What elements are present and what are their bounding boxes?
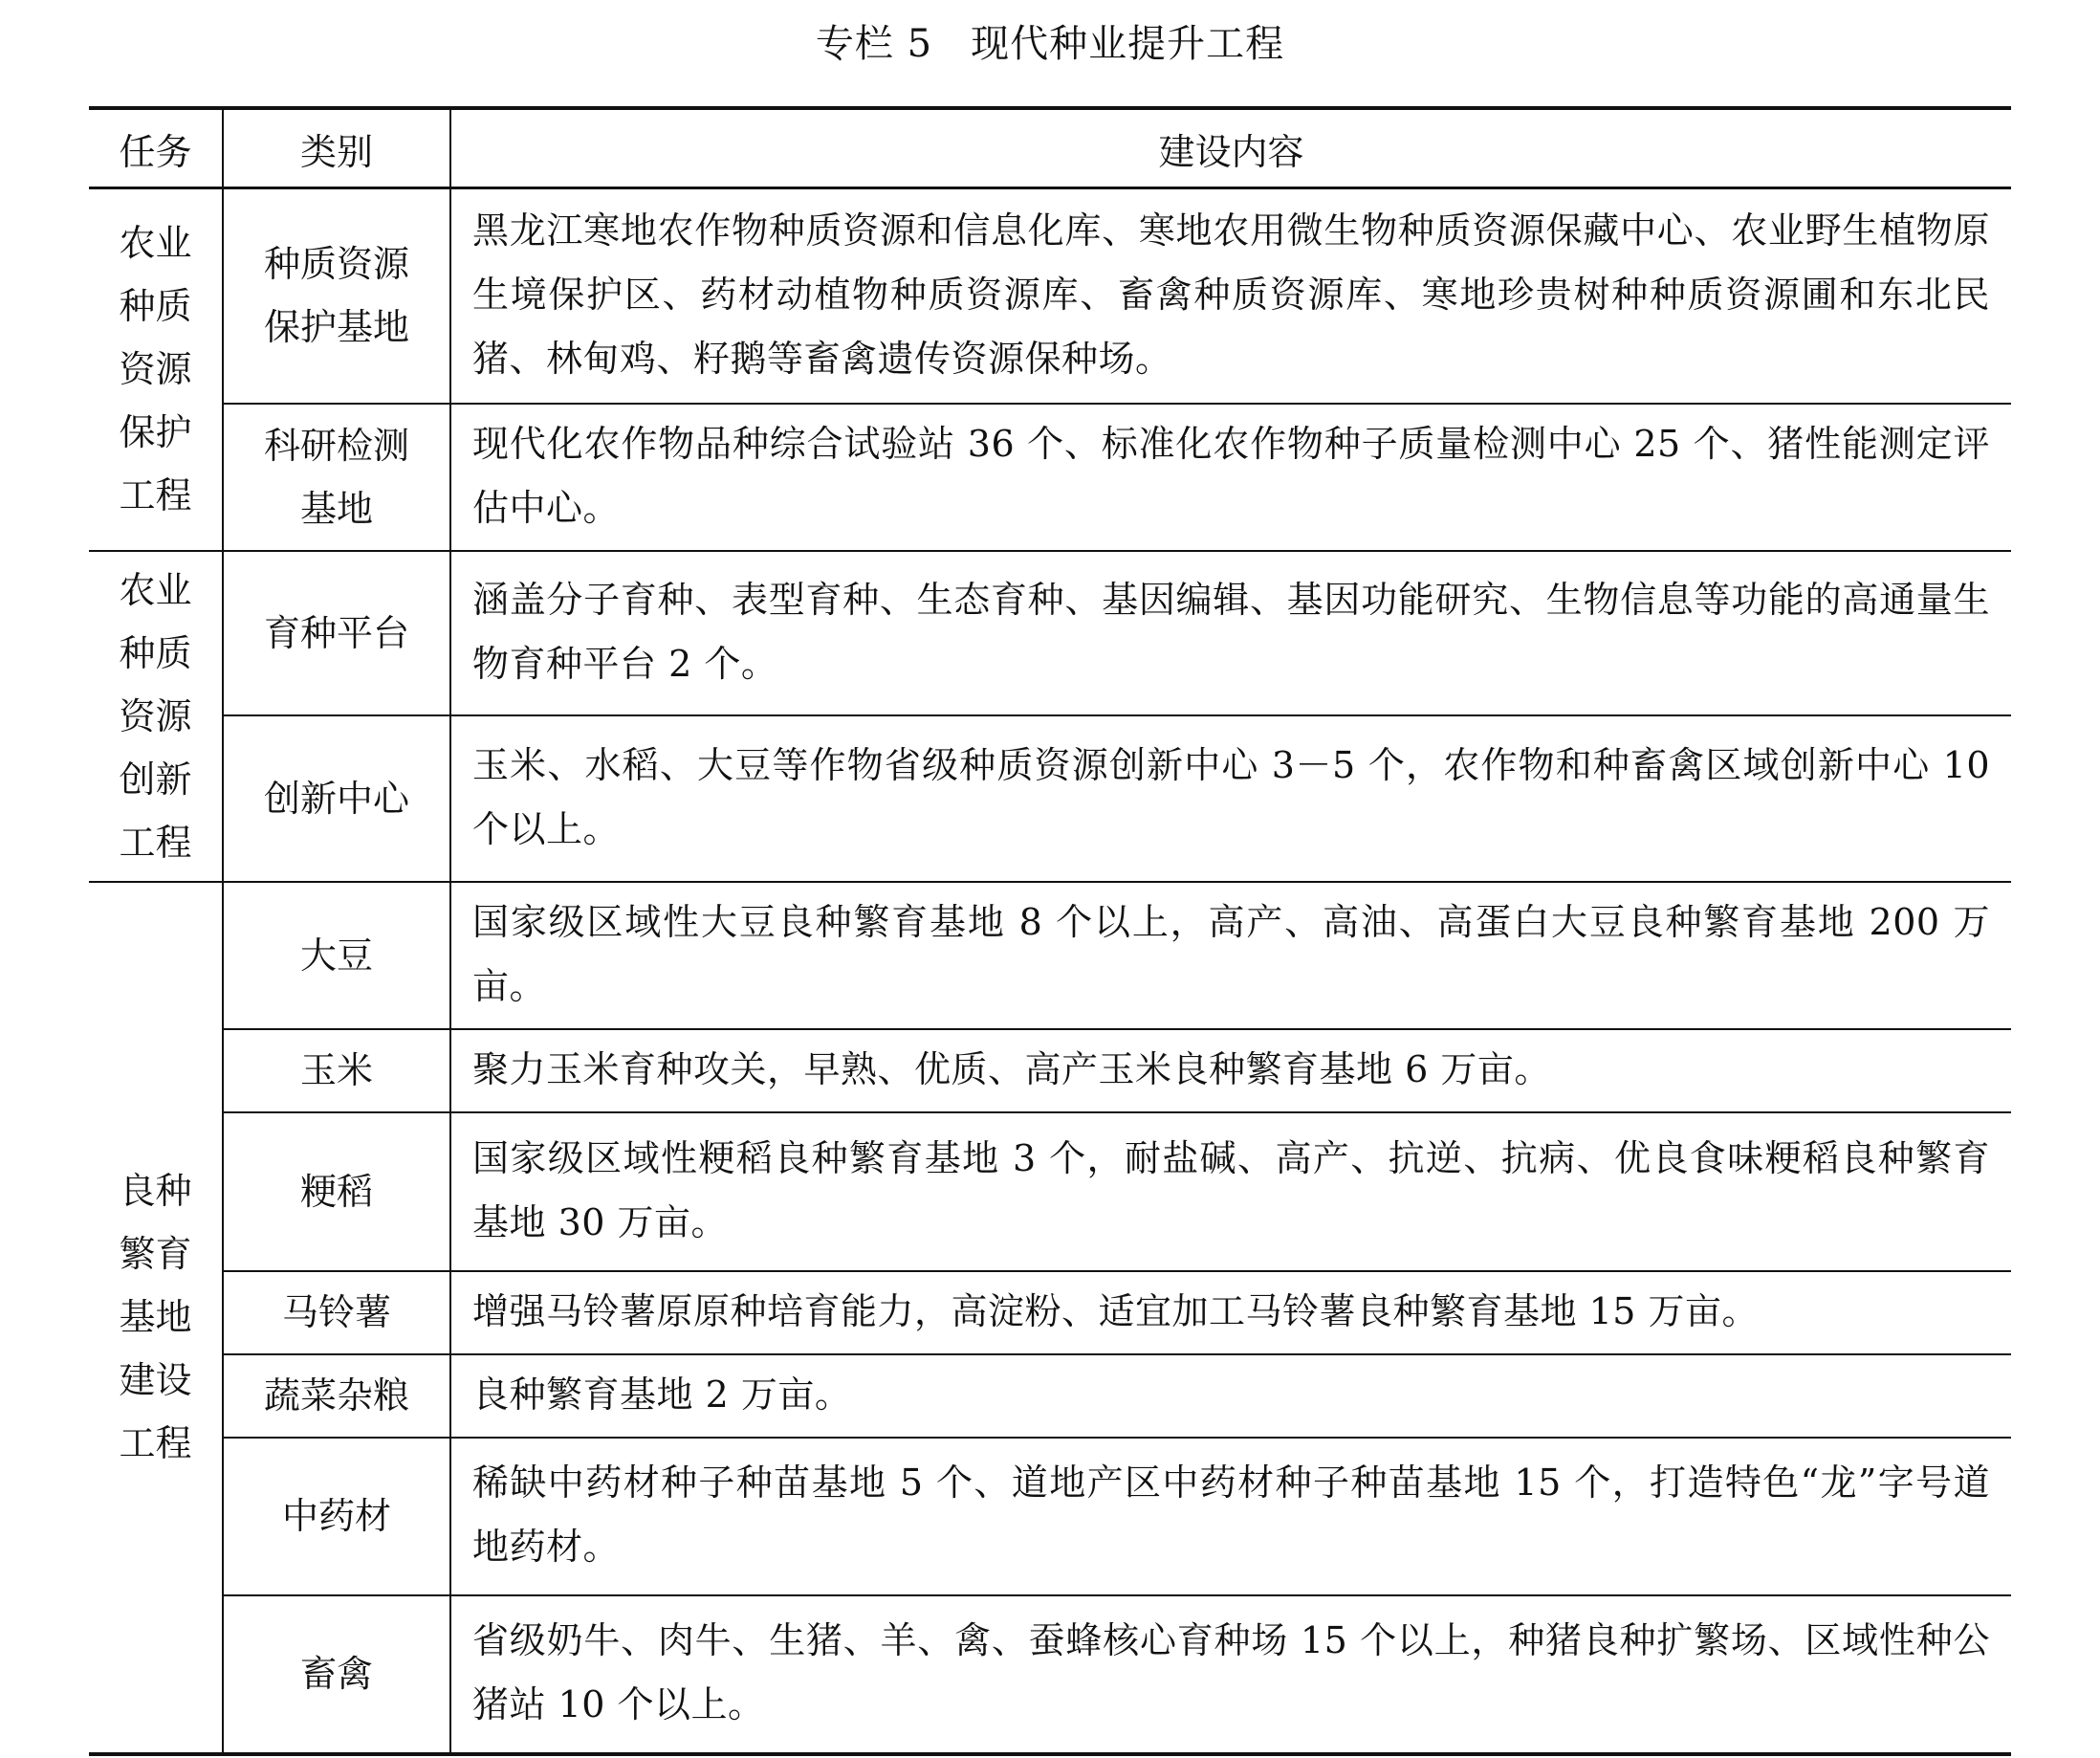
category-cell: 蔬菜杂粮 (223, 1354, 450, 1438)
table-row: 马铃薯 增强马铃薯原原种培育能力，高淀粉、适宜加工马铃薯良种繁育基地 15 万亩… (89, 1271, 2011, 1354)
task-line: 资源 (98, 685, 212, 748)
header-task: 任务 (89, 108, 223, 188)
category-line: 科研检测 (237, 414, 436, 477)
task-line: 良种 (98, 1159, 212, 1222)
task-line: 繁育 (98, 1222, 212, 1286)
column-number: 专栏 5 (816, 22, 932, 66)
category-line: 马铃薯 (237, 1281, 436, 1344)
content-cell: 玉米、水稻、大豆等作物省级种质资源创新中心 3－5 个，农作物和种畜禽区域创新中… (450, 715, 2011, 882)
category-cell: 大豆 (223, 882, 450, 1029)
category-line: 保护基地 (237, 296, 436, 359)
table-row: 良种 繁育 基地 建设 工程 大豆 国家级区域性大豆良种繁育基地 8 个以上，高… (89, 882, 2011, 1029)
category-line: 中药材 (237, 1484, 436, 1548)
task-line: 创新 (98, 748, 212, 811)
category-line: 种质资源 (237, 232, 436, 296)
task-line: 农业 (98, 211, 212, 275)
table-row: 蔬菜杂粮 良种繁育基地 2 万亩。 (89, 1354, 2011, 1438)
project-table: 任务 类别 建设内容 农业 种质 资源 保护 工程 种质资源 保护基地 黑龙江寒… (89, 106, 2011, 1756)
content-cell: 现代化农作物品种综合试验站 36 个、标准化农作物种子质量检测中心 25 个、猪… (450, 404, 2011, 551)
table-row: 中药材 稀缺中药材种子种苗基地 5 个、道地产区中药材种子种苗基地 15 个，打… (89, 1438, 2011, 1595)
category-cell: 畜禽 (223, 1595, 450, 1754)
table-row: 粳稻 国家级区域性粳稻良种繁育基地 3 个，耐盐碱、高产、抗逆、抗病、优良食味粳… (89, 1112, 2011, 1271)
category-cell: 科研检测 基地 (223, 404, 450, 551)
category-line: 蔬菜杂粮 (237, 1364, 436, 1427)
table-row: 玉米 聚力玉米育种攻关，早熟、优质、高产玉米良种繁育基地 6 万亩。 (89, 1029, 2011, 1112)
content-cell: 省级奶牛、肉牛、生猪、羊、禽、蚕蜂核心育种场 15 个以上，种猪良种扩繁场、区域… (450, 1595, 2011, 1754)
content-cell: 国家级区域性大豆良种繁育基地 8 个以上，高产、高油、高蛋白大豆良种繁育基地 2… (450, 882, 2011, 1029)
task-line: 工程 (98, 811, 212, 874)
table-row: 农业 种质 资源 保护 工程 种质资源 保护基地 黑龙江寒地农作物种质资源和信息… (89, 188, 2011, 404)
table-row: 畜禽 省级奶牛、肉牛、生猪、羊、禽、蚕蜂核心育种场 15 个以上，种猪良种扩繁场… (89, 1595, 2011, 1754)
header-category: 类别 (223, 108, 450, 188)
category-cell: 马铃薯 (223, 1271, 450, 1354)
task-line: 种质 (98, 275, 212, 338)
category-cell: 种质资源 保护基地 (223, 188, 450, 404)
task-line: 保护 (98, 401, 212, 464)
category-line: 创新中心 (237, 767, 436, 830)
category-line: 玉米 (237, 1039, 436, 1102)
column-title-text: 现代种业提升工程 (971, 22, 1284, 66)
task-cell: 农业 种质 资源 保护 工程 (89, 188, 223, 551)
content-cell: 涵盖分子育种、表型育种、生态育种、基因编辑、基因功能研究、生物信息等功能的高通量… (450, 551, 2011, 715)
table-row: 创新中心 玉米、水稻、大豆等作物省级种质资源创新中心 3－5 个，农作物和种畜禽… (89, 715, 2011, 882)
category-cell: 育种平台 (223, 551, 450, 715)
category-cell: 创新中心 (223, 715, 450, 882)
table-row: 科研检测 基地 现代化农作物品种综合试验站 36 个、标准化农作物种子质量检测中… (89, 404, 2011, 551)
content-cell: 稀缺中药材种子种苗基地 5 个、道地产区中药材种子种苗基地 15 个，打造特色“… (450, 1438, 2011, 1595)
category-cell: 粳稻 (223, 1112, 450, 1271)
category-line: 基地 (237, 477, 436, 540)
task-line: 种质 (98, 622, 212, 685)
task-cell: 良种 繁育 基地 建设 工程 (89, 882, 223, 1754)
content-cell: 增强马铃薯原原种培育能力，高淀粉、适宜加工马铃薯良种繁育基地 15 万亩。 (450, 1271, 2011, 1354)
content-cell: 良种繁育基地 2 万亩。 (450, 1354, 2011, 1438)
category-line: 粳稻 (237, 1160, 436, 1223)
task-cell: 农业 种质 资源 创新 工程 (89, 551, 223, 882)
task-line: 基地 (98, 1286, 212, 1349)
content-cell: 国家级区域性粳稻良种繁育基地 3 个，耐盐碱、高产、抗逆、抗病、优良食味粳稻良种… (450, 1112, 2011, 1271)
task-line: 工程 (98, 1412, 212, 1475)
table-header-row: 任务 类别 建设内容 (89, 108, 2011, 188)
category-cell: 中药材 (223, 1438, 450, 1595)
category-line: 畜禽 (237, 1642, 436, 1705)
task-line: 资源 (98, 338, 212, 401)
content-cell: 黑龙江寒地农作物种质资源和信息化库、寒地农用微生物种质资源保藏中心、农业野生植物… (450, 188, 2011, 404)
header-content: 建设内容 (450, 108, 2011, 188)
task-line: 建设 (98, 1349, 212, 1412)
category-line: 育种平台 (237, 602, 436, 665)
content-cell: 聚力玉米育种攻关，早熟、优质、高产玉米良种繁育基地 6 万亩。 (450, 1029, 2011, 1112)
category-cell: 玉米 (223, 1029, 450, 1112)
task-line: 农业 (98, 559, 212, 622)
task-line: 工程 (98, 464, 212, 527)
table-row: 农业 种质 资源 创新 工程 育种平台 涵盖分子育种、表型育种、生态育种、基因编… (89, 551, 2011, 715)
column-title: 专栏 5现代种业提升工程 (0, 17, 2100, 71)
category-line: 大豆 (237, 924, 436, 987)
